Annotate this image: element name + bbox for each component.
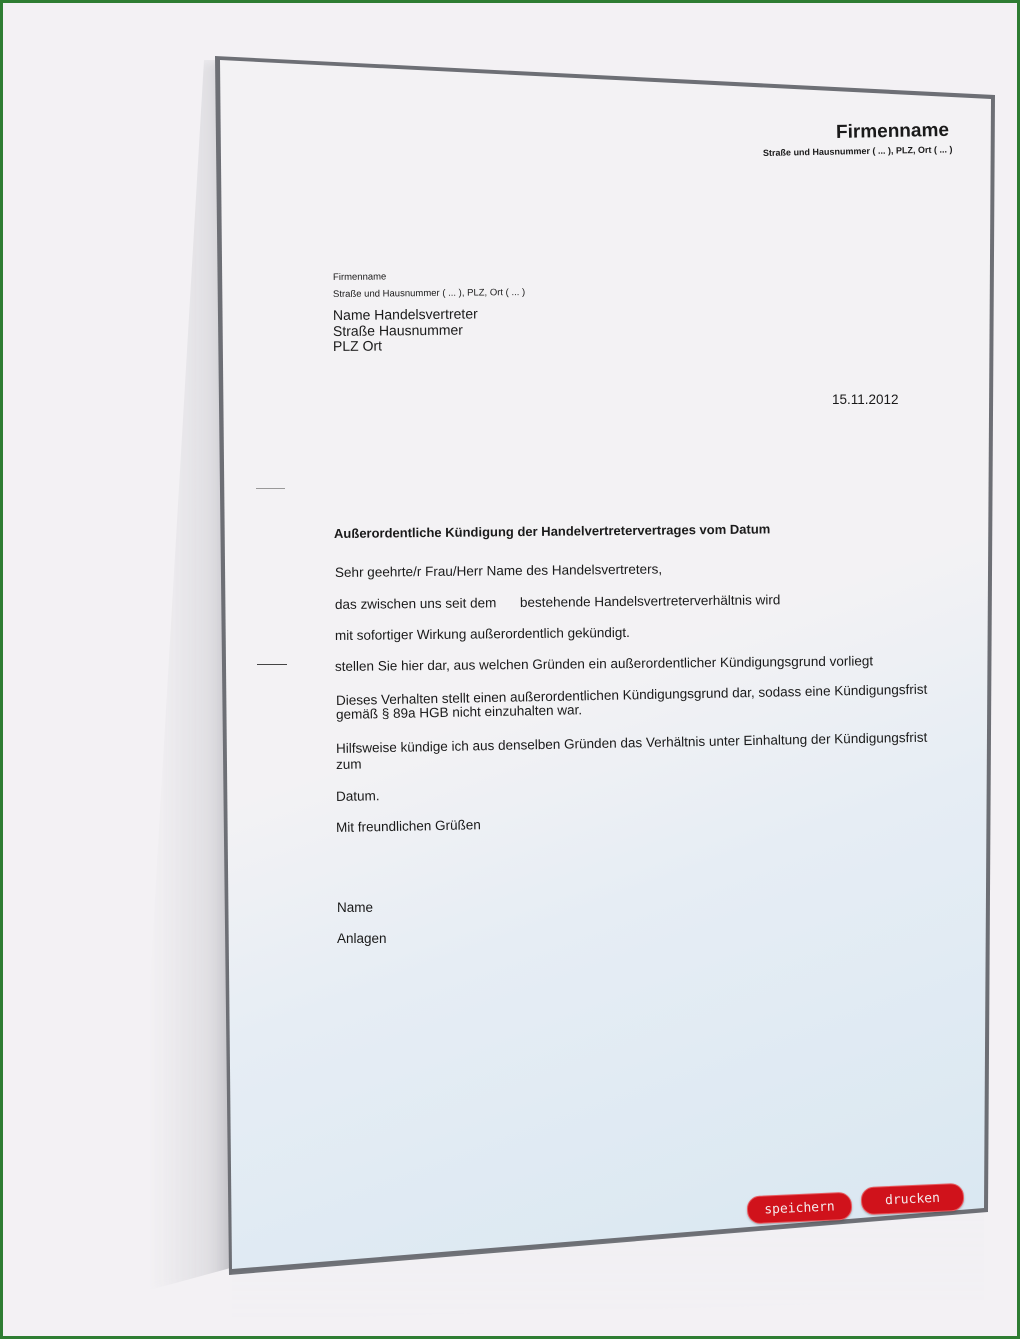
recipient-name: Name Handelsvertreter	[333, 306, 478, 323]
body-line-1b: bestehende Handelsvertreterverhältnis wi…	[520, 592, 781, 610]
letterhead-company: Firmenname	[836, 120, 949, 144]
signature-name: Name	[337, 900, 373, 915]
save-button[interactable]: speichern	[746, 1192, 852, 1225]
recipient-city: PLZ Ort	[333, 338, 382, 354]
sender-address: Straße und Hausnummer ( ... ), PLZ, Ort …	[333, 287, 525, 300]
attachments: Anlagen	[337, 931, 387, 946]
letter-date: 15.11.2012	[832, 392, 899, 407]
body-line-6: Datum.	[336, 788, 380, 804]
punch-mark	[257, 664, 287, 665]
print-button[interactable]: drucken	[860, 1183, 964, 1215]
body-para-5-line-2: zum	[336, 757, 362, 772]
sender-company: Firmenname	[333, 271, 386, 283]
recipient-street: Straße Hausnummer	[333, 323, 463, 339]
fold-mark	[256, 488, 285, 489]
body-line-2: mit sofortiger Wirkung außerordentlich g…	[335, 625, 630, 643]
closing: Mit freundlichen Grüßen	[336, 817, 481, 835]
body-line-1a: das zwischen uns seit dem	[335, 595, 496, 612]
